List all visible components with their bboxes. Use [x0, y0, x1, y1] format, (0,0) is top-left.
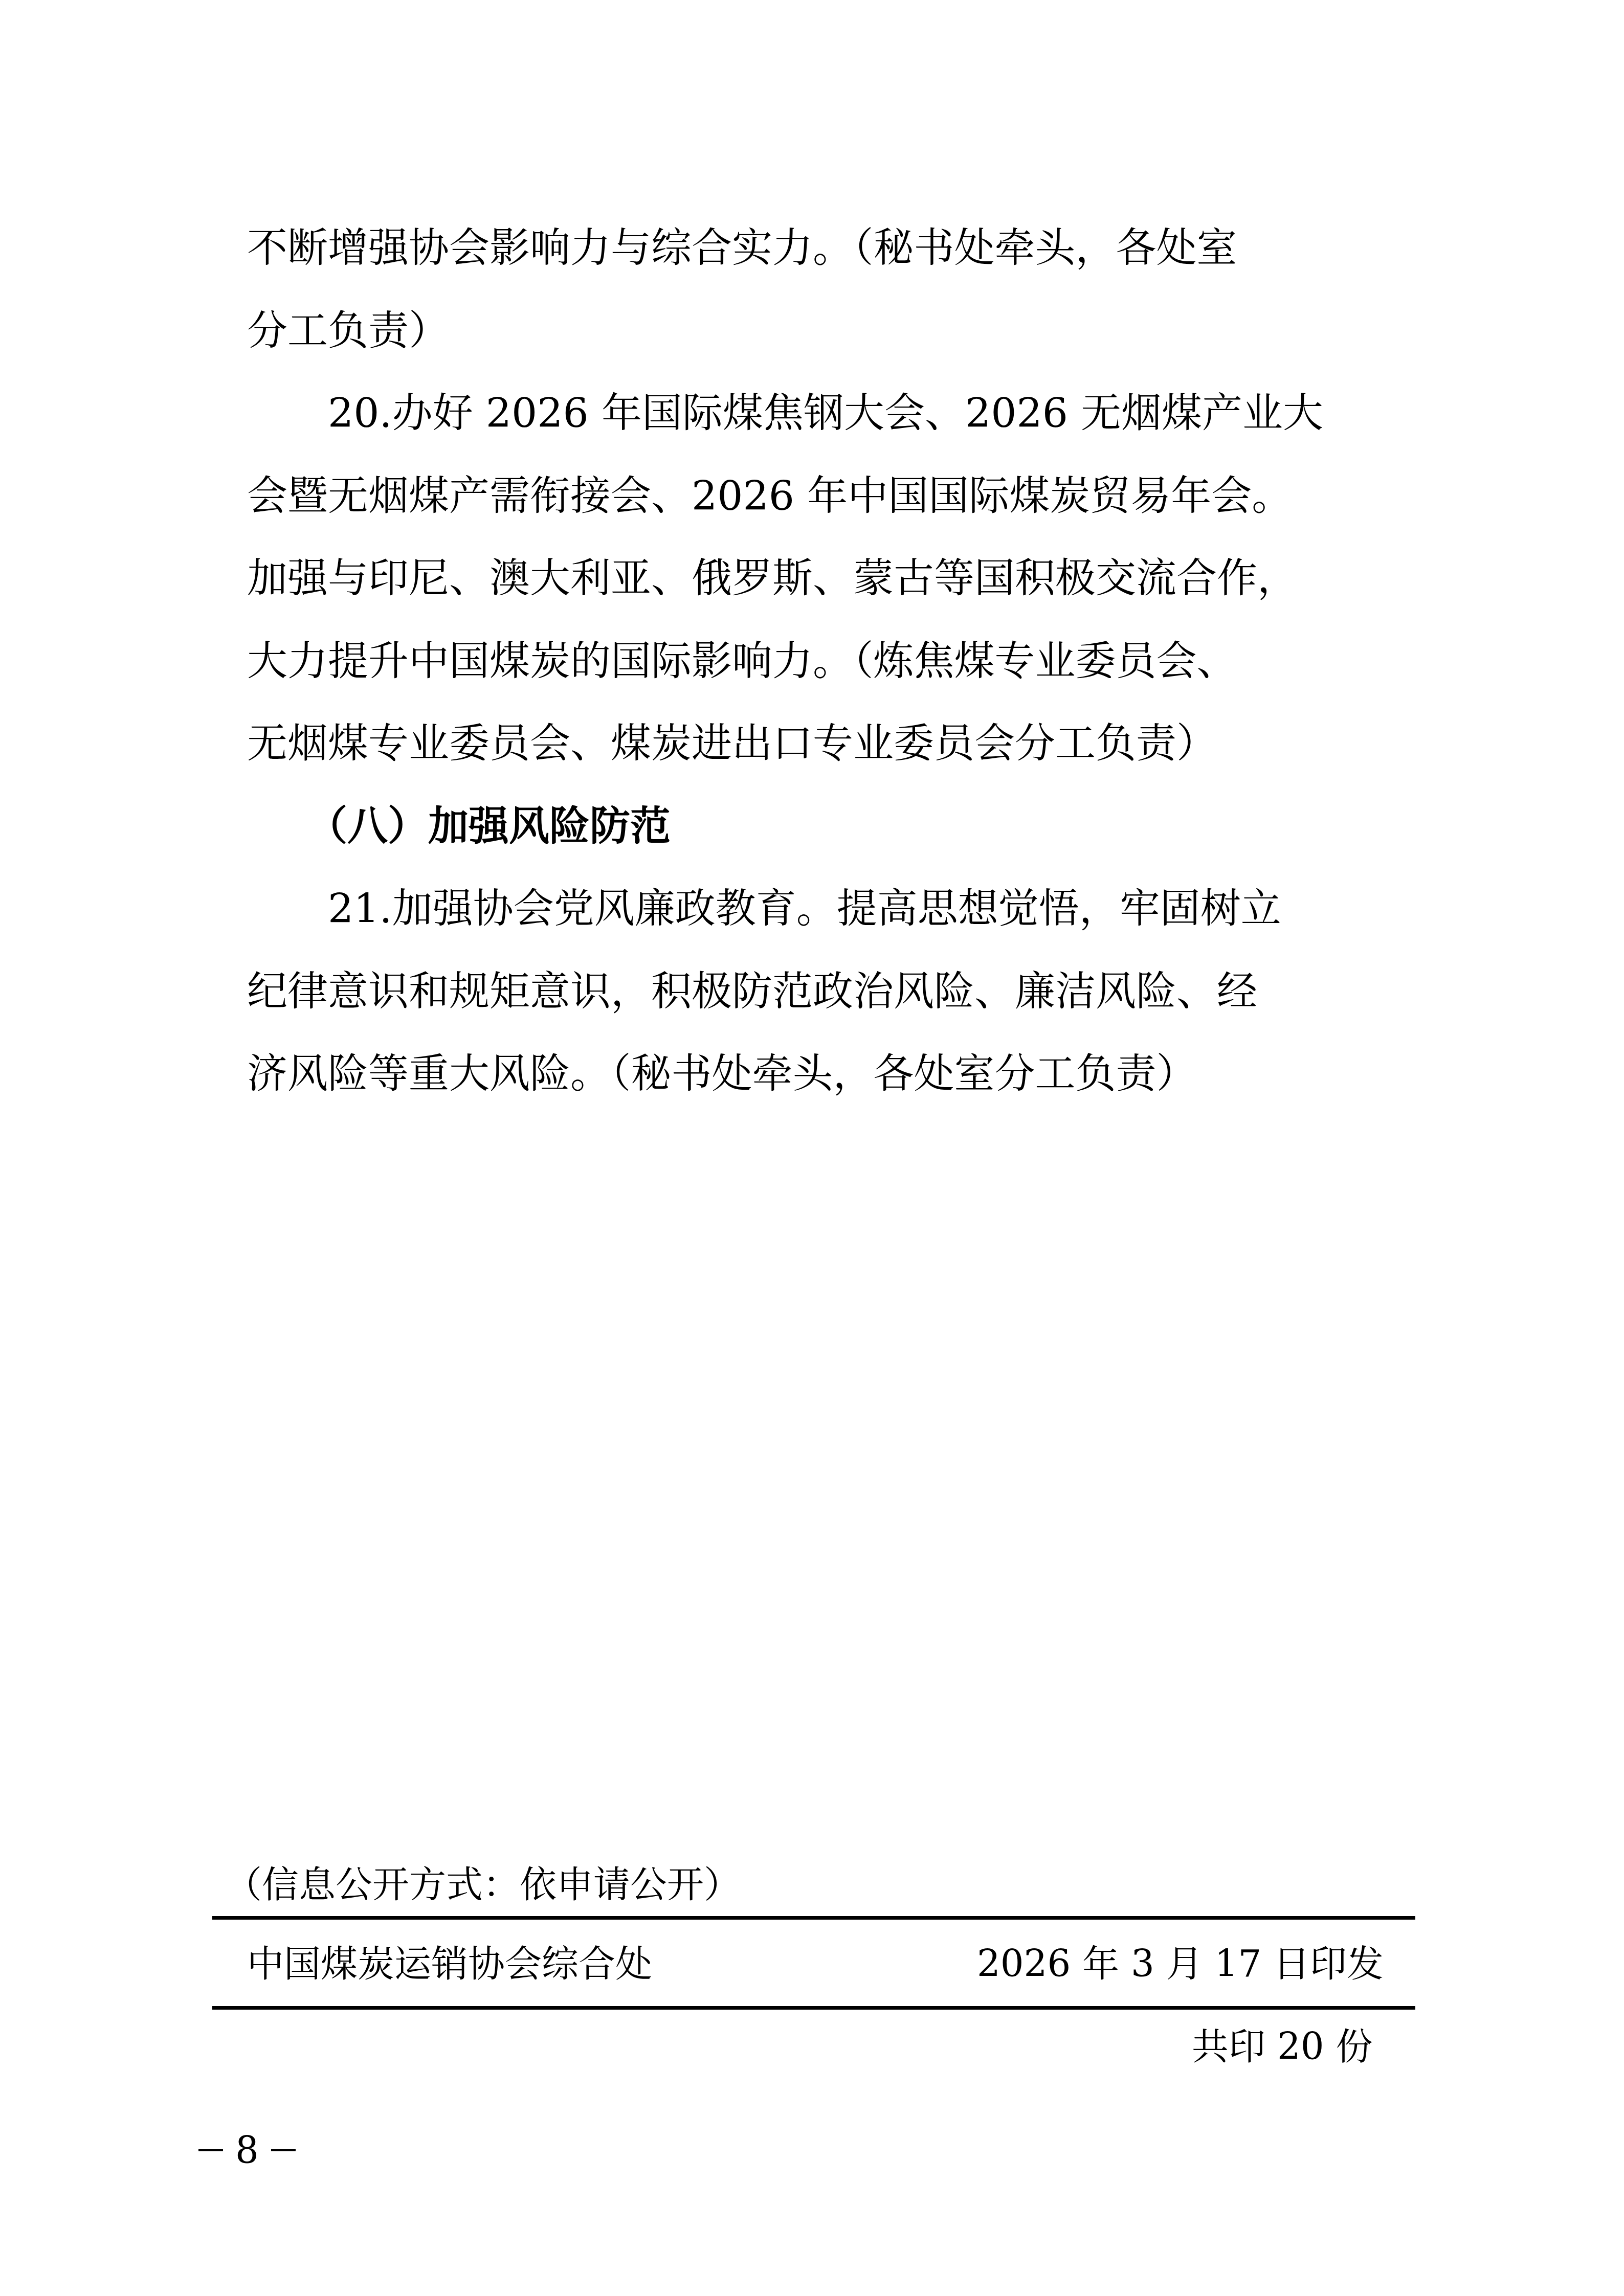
paragraph-line: 加强与印尼、澳大利亚、俄罗斯、蒙古等国积极交流合作，	[247, 553, 1393, 604]
disclosure-note: （信息公开方式：依申请公开）	[225, 1861, 741, 1907]
paragraph-line: 分工负责）	[247, 305, 1393, 356]
paragraph-line: 纪律意识和规矩意识，积极防范政治风险、廉洁风险、经	[247, 966, 1393, 1017]
paragraph-line: 会暨无烟煤产需衔接会、2026 年中国国际煤炭贸易年会。	[247, 470, 1393, 522]
paragraph-line: 济风险等重大风险。（秘书处牵头，各处室分工负责）	[247, 1048, 1393, 1099]
paragraph-line-item-21: 21.加强协会党风廉政教育。提高思想觉悟，牢固树立	[328, 883, 1474, 934]
paragraph-line: 无烟煤专业委员会、煤炭进出口专业委员会分工负责）	[247, 718, 1393, 769]
issuer-name: 中国煤炭运销协会综合处	[247, 1941, 652, 1987]
paragraph-line: 大力提升中国煤炭的国际影响力。（炼焦煤专业委员会、	[247, 636, 1393, 687]
paragraph-line: 不断增强协会影响力与综合实力。（秘书处牵头，各处室	[247, 222, 1393, 274]
footer-top-rule	[212, 1916, 1415, 1920]
paragraph-line-item-20: 20.办好 2026 年国际煤焦钢大会、2026 无烟煤产业大	[328, 388, 1474, 439]
issue-date: 2026 年 3 月 17 日印发	[977, 1941, 1384, 1987]
section-heading: （八）加强风险防范	[307, 801, 1453, 852]
page-number: 8	[198, 2127, 296, 2173]
copies-count: 共印 20 份	[1192, 2023, 1372, 2069]
footer-bottom-rule	[212, 2006, 1415, 2010]
page-number-value: 8	[235, 2127, 259, 2173]
dash-right	[271, 2149, 296, 2151]
dash-left	[198, 2149, 223, 2151]
